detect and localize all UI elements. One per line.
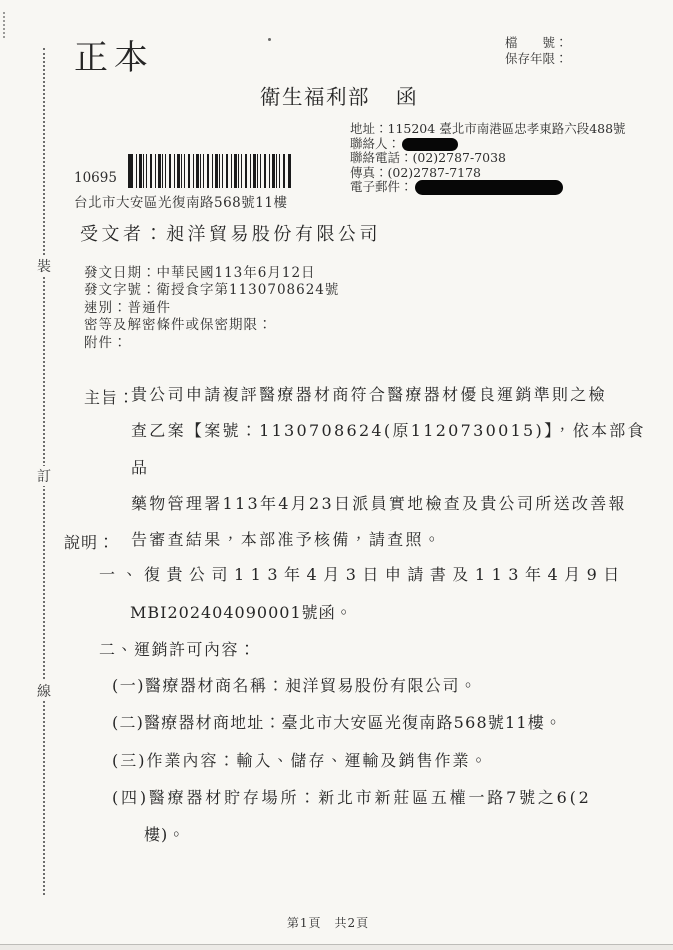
recipient-line: 受文者：昶洋貿易股份有限公司 xyxy=(80,220,381,246)
subject-label: 主旨： xyxy=(84,385,135,408)
document-meta-block: 發文日期：中華民國113年6月12日 發文字號：衛授食字第1130708624號… xyxy=(84,265,339,352)
retention-period-label: 保存年限： xyxy=(505,51,568,67)
barcode-icon xyxy=(128,154,291,188)
security-class: 密等及解密條件或保密期限： xyxy=(84,317,339,334)
explanation-item-1-line-2: MBI202404090001號函。 xyxy=(130,600,353,623)
scan-edge-artifact xyxy=(3,12,5,38)
document-title: 衛生福利部函 xyxy=(260,80,418,110)
permit-sub-item: (四)醫療器材貯存場所：新北市新莊區五權一路7號之6(2 xyxy=(112,785,592,808)
binding-mark-zhuang: 裝 xyxy=(35,256,53,276)
contact-address: 地址：115204 臺北市南港區忠孝東路六段488號 xyxy=(350,122,626,137)
postal-code: 10695 xyxy=(74,170,117,188)
document-type: 函 xyxy=(396,85,418,109)
attachment-label: 附件： xyxy=(84,335,339,352)
contact-person-line: 聯絡人： xyxy=(350,137,626,152)
explanation-item-2: 二、運銷許可內容： xyxy=(99,637,257,660)
speed-class: 速別：普通件 xyxy=(84,300,339,317)
document-page: 正本 檔 號： 保存年限： 衛生福利部函 地址：115204 臺北市南港區忠孝東… xyxy=(0,0,673,950)
issue-date: 發文日期：中華民國113年6月12日 xyxy=(84,265,339,282)
file-number-label: 檔 號： xyxy=(505,35,568,51)
subject-line: 藥物管理署113年4月23日派員實地檢查及貴公司所送改善報 xyxy=(131,486,651,522)
permit-sub-item: (二)醫療器材商地址：臺北市大安區光復南路568號11樓。 xyxy=(112,710,562,733)
contact-email-line: 電子郵件： xyxy=(350,180,626,195)
subject-line: 貴公司申請複評醫療器材商符合醫療器材優良運銷準則之檢 xyxy=(131,377,651,413)
contact-info-block: 地址：115204 臺北市南港區忠孝東路六段488號 聯絡人： 聯絡電話：(02… xyxy=(350,122,626,195)
subject-line: 告審查結果，本部准予核備，請查照。 xyxy=(131,522,651,558)
binding-mark-ding: 訂 xyxy=(35,466,53,486)
explanation-item-1-line-1: 一、復貴公司113年4月3日申請書及113年4月9日 xyxy=(99,562,626,585)
mailing-label-block: 10695 台北市大安區光復南路568號11樓 xyxy=(74,152,291,211)
scan-speck xyxy=(268,38,271,41)
mailing-address: 台北市大安區光復南路568號11樓 xyxy=(74,191,291,211)
scan-bottom-edge xyxy=(0,944,673,950)
page-indicator: 第1頁 共2頁 xyxy=(0,914,656,931)
subject-body: 貴公司申請複評醫療器材商符合醫療器材優良運銷準則之檢 查乙案【案號：113070… xyxy=(131,377,651,558)
contact-email-label: 電子郵件： xyxy=(350,179,413,194)
contact-fax: 傳真：(02)2787-7178 xyxy=(350,166,626,181)
file-number-block: 檔 號： 保存年限： xyxy=(505,35,568,67)
issuing-org-name: 衛生福利部 xyxy=(260,85,370,109)
permit-sub-item: (一)醫療器材商名稱：昶洋貿易股份有限公司。 xyxy=(112,673,478,696)
subject-line: 查乙案【案號：1130708624(原1120730015)】，依本部食品 xyxy=(131,413,651,486)
copy-type-label: 正本 xyxy=(74,30,154,79)
barcode-row: 10695 xyxy=(74,152,291,188)
permit-sub-item-continuation: 樓)。 xyxy=(144,822,185,845)
explanation-label: 說明： xyxy=(64,530,115,553)
redaction-email xyxy=(415,180,563,195)
permit-sub-item: (三)作業內容：輸入、儲存、運輸及銷售作業。 xyxy=(112,748,489,771)
doc-number: 發文字號：衛授食字第1130708624號 xyxy=(84,282,339,299)
contact-phone: 聯絡電話：(02)2787-7038 xyxy=(350,151,626,166)
contact-person-label: 聯絡人： xyxy=(350,136,400,151)
binding-mark-xian: 線 xyxy=(35,681,53,701)
redaction-contact-person xyxy=(402,138,458,151)
